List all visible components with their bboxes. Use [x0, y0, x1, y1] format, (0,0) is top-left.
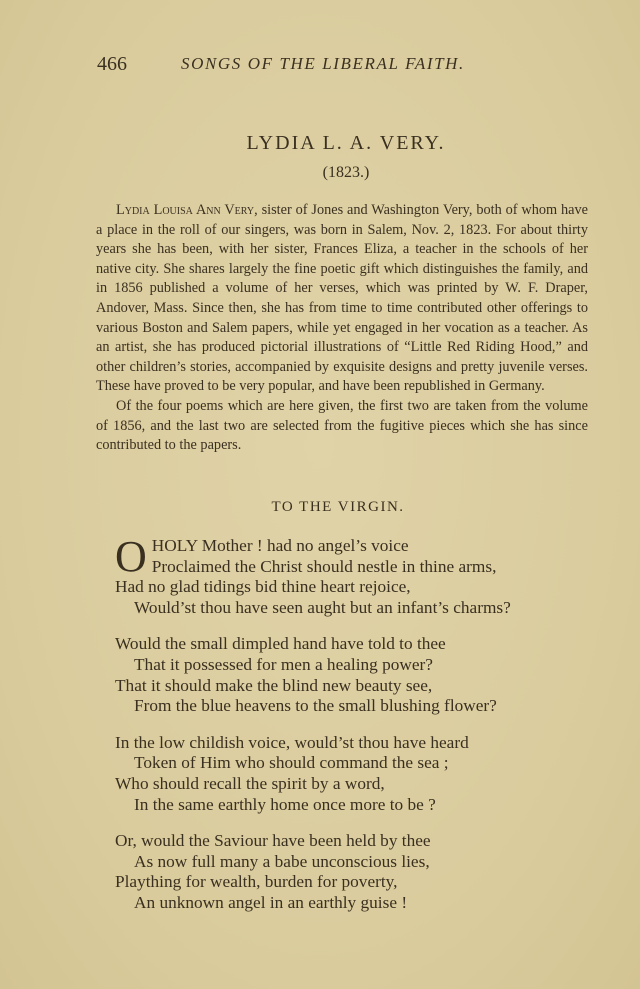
- bio-paragraph: Of the four poems which are here given, …: [96, 397, 588, 456]
- author-name: LYDIA L. A. VERY.: [0, 132, 640, 155]
- poem-line: From the blue heavens to the small blush…: [115, 696, 595, 717]
- stanza: O HOLY Mother ! had no angel’s voice Pro…: [115, 536, 595, 618]
- bio-paragraph-text: , sister of Jones and Washington Very, b…: [96, 202, 588, 394]
- biography: Lydia Louisa Ann Very, sister of Jones a…: [96, 201, 588, 456]
- bio-paragraph: Lydia Louisa Ann Very, sister of Jones a…: [96, 201, 588, 397]
- running-head: 466 SONGS OF THE LIBERAL FAITH.: [97, 53, 517, 77]
- poem-line: HOLY Mother ! had no angel’s voice: [115, 536, 595, 557]
- stanza: Would the small dimpled hand have told t…: [115, 634, 595, 716]
- poem-line: In the same earthly home once more to be…: [115, 795, 595, 816]
- poem-line: Proclaimed the Christ should nestle in t…: [115, 557, 595, 578]
- poem-line: Would’st thou have seen aught but an inf…: [115, 598, 595, 619]
- poem-line: That it should make the blind new beauty…: [115, 676, 595, 697]
- poem-line: Had no glad tidings bid thine heart rejo…: [115, 577, 595, 598]
- poem-line: An unknown angel in an earthly guise !: [115, 893, 595, 914]
- page-number: 466: [97, 53, 127, 76]
- poem-line: That it possessed for men a healing powe…: [115, 655, 595, 676]
- poem-line: Or, would the Saviour have been held by …: [115, 831, 595, 852]
- poem-title: TO THE VIRGIN.: [0, 499, 640, 516]
- poem-line: Token of Him who should command the sea …: [115, 753, 595, 774]
- poem-line: As now full many a babe unconscious lies…: [115, 852, 595, 873]
- book-page: 466 SONGS OF THE LIBERAL FAITH. LYDIA L.…: [0, 0, 640, 989]
- poem-line: Who should recall the spirit by a word,: [115, 774, 595, 795]
- bio-paragraph-text: Of the four poems which are here given, …: [96, 398, 588, 453]
- bio-lead-name: Lydia Louisa Ann Very: [116, 202, 254, 218]
- poem-line: In the low childish voice, would’st thou…: [115, 733, 595, 754]
- poem-line: Plaything for wealth, burden for poverty…: [115, 872, 595, 893]
- author-years: (1823.): [0, 164, 640, 182]
- poem: O HOLY Mother ! had no angel’s voice Pro…: [115, 536, 595, 930]
- drop-cap: O: [115, 539, 147, 575]
- stanza: Or, would the Saviour have been held by …: [115, 831, 595, 913]
- stanza: In the low childish voice, would’st thou…: [115, 733, 595, 815]
- running-title: SONGS OF THE LIBERAL FAITH.: [181, 54, 465, 74]
- poem-line: Would the small dimpled hand have told t…: [115, 634, 595, 655]
